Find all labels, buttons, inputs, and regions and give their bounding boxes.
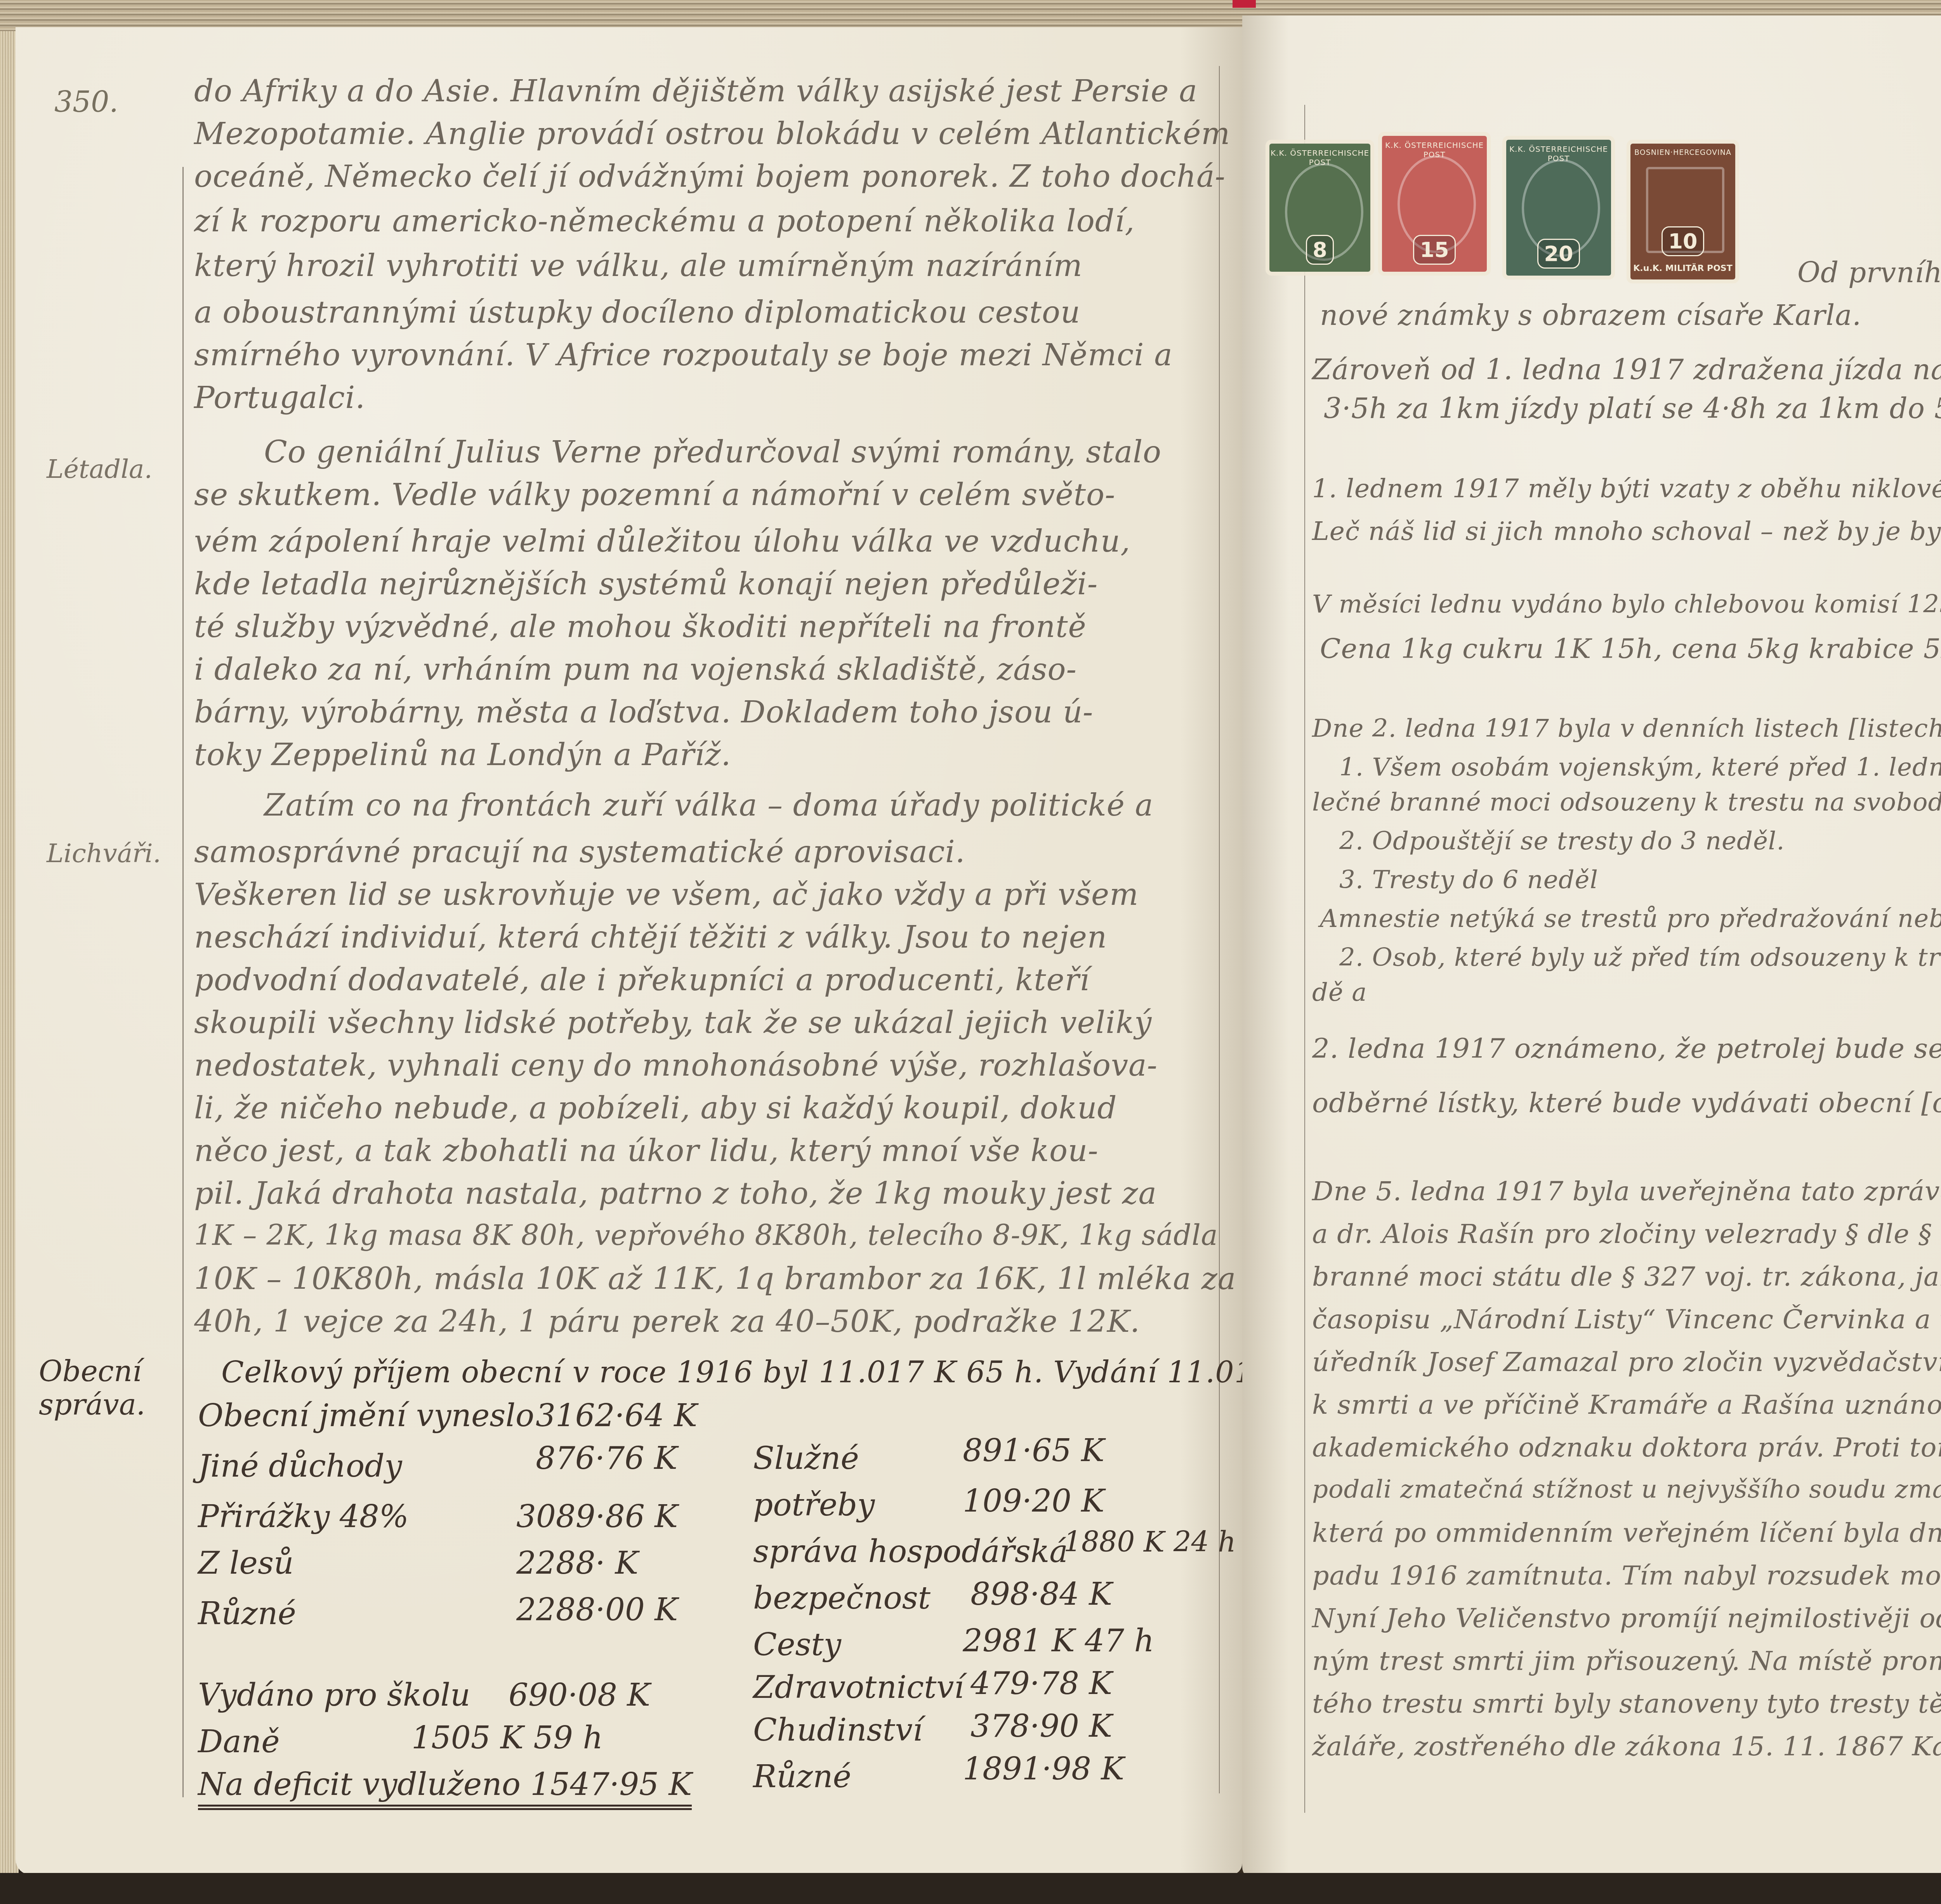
text-line: branné moci státu dle § 327 voj. tr. zák… — [1312, 1262, 1941, 1292]
income-label: Různé — [198, 1595, 296, 1632]
stamp-value: 10 — [1661, 226, 1704, 256]
outer-rule-left — [1219, 66, 1220, 1793]
text-line: neschází individuí, která chtějí těžiti … — [194, 920, 1107, 955]
expense-label: Různé — [753, 1758, 851, 1795]
stamp-20-heller: K.K. ÖSTERREICHISCHE POST 20 — [1506, 140, 1611, 276]
text-line: Dne 2. ledna 1917 byla v denních listech… — [1312, 714, 1941, 743]
text-line: k smrti a ve příčině Kramáře a Rašína uz… — [1312, 1390, 1941, 1420]
stamp-value: 15 — [1413, 235, 1455, 265]
text-line: a oboustrannými ústupky docíleno diploma… — [194, 295, 1080, 330]
expense-value: 1880 K 24 h — [1064, 1526, 1236, 1558]
accounts-intro: Celkový příjem obecní v roce 1916 byl 11… — [221, 1355, 1360, 1389]
margin-rule-inner-right — [1304, 105, 1305, 1813]
text-line: podali zmatečná stížnost u nejvyššího so… — [1312, 1475, 1941, 1504]
text-line: kde letadla nejrůznějších systémů konají… — [194, 567, 1098, 602]
text-line: Zároveň od 1. ledna 1917 zdražena jízda … — [1312, 353, 1941, 386]
text-line: 2. Odpouštějí se tresty do 3 neděl. — [1339, 827, 1785, 856]
text-line: skoupili všechny lidské potřeby, tak že … — [194, 1005, 1152, 1040]
expense-value: 109·20 K — [963, 1483, 1104, 1519]
text-line: akademického odznaku doktora práv. Proti… — [1312, 1432, 1941, 1463]
expense-value: 1505 K 59 h — [411, 1720, 603, 1756]
expense-value: 690·08 K — [509, 1677, 650, 1713]
text-line: 10K – 10K80h, másla 10K až 11K, 1q bramb… — [194, 1262, 1236, 1297]
text-line: pil. Jaká drahota nastala, patrno z toho… — [194, 1176, 1157, 1211]
text-line: lečné branné moci odsouzeny k trestu na … — [1312, 788, 1941, 817]
text-line: a dr. Alois Rašín pro zločiny velezrady … — [1312, 1219, 1941, 1250]
text-line: li, že ničeho nebude, a pobízeli, aby si… — [194, 1091, 1117, 1126]
text-line: Amnestie netýká se trestů pro předražová… — [1320, 904, 1941, 933]
stamp-value: 20 — [1537, 239, 1580, 269]
income-value: 2288·00 K — [516, 1592, 678, 1628]
stamp-value: 8 — [1306, 235, 1334, 265]
text-line: ným trest smrti jim přisouzený. Na místě… — [1312, 1646, 1941, 1677]
margin-note-lichvari: Lichváři. — [47, 838, 161, 868]
expense-label: Vydáno pro školu — [198, 1677, 470, 1713]
text-line: tého trestu smrti byly stanoveny tyto tr… — [1312, 1689, 1941, 1719]
income-label: Z lesů — [198, 1545, 294, 1581]
expense-label: správa hospodářská — [753, 1533, 1068, 1569]
text-line: toky Zeppelinů na Londýn a Paříž. — [194, 738, 731, 772]
text-line: padu 1916 zamítnuta. Tím nabyl rozsudek … — [1312, 1560, 1941, 1591]
income-value: 3089·86 K — [516, 1498, 678, 1534]
text-line: 2. ledna 1917 oznámeno, že petrolej bude… — [1312, 1033, 1941, 1064]
text-line: úředník Josef Zamazal pro zločin vyzvěda… — [1312, 1347, 1941, 1378]
text-line: Nyní Jeho Veličenstvo promíjí nejmilosti… — [1312, 1603, 1941, 1634]
text-line: 3·5h za 1km jízdy platí se 4·8h za 1km d… — [1324, 392, 1941, 425]
text-line: 1. lednem 1917 měly býti vzaty z oběhu n… — [1312, 474, 1941, 503]
text-line: i daleko za ní, vrháním pum na vojenská … — [194, 652, 1077, 687]
text-line: který hrozil vyhrotiti ve válku, ale umí… — [194, 248, 1083, 283]
income-value: 3162·64 K — [536, 1397, 697, 1434]
text-line: vém zápolení hraje velmi důležitou úlohu… — [194, 524, 1130, 559]
stamp-8-heller: K.K. ÖSTERREICHISCHE POST 8 — [1269, 144, 1370, 272]
text-line: bárny, výrobárny, města a loďstva. Dokla… — [194, 695, 1093, 730]
text-line: něco jest, a tak zbohatli na úkor lidu, … — [194, 1133, 1099, 1168]
text-line: 1K – 2K, 1kg masa 8K 80h, vepřového 8K80… — [194, 1219, 1218, 1251]
income-label: Přirážky 48% — [198, 1498, 409, 1534]
page-number-left: 350. — [54, 85, 118, 119]
text-line: Dne 5. ledna 1917 byla uveřejněna tato z… — [1312, 1176, 1941, 1207]
text-line: té služby výzvědné, ale mohou škoditi ne… — [194, 609, 1087, 644]
text-line: 1. Všem osobám vojenským, které před 1. … — [1339, 753, 1941, 782]
expense-value: 479·78 K — [970, 1665, 1112, 1701]
expense-label: Zdravotnictví — [753, 1669, 964, 1705]
text-line: 3. Tresty do 6 neděl — [1339, 866, 1598, 894]
text-line: Mezopotamie. Anglie provádí ostrou bloká… — [194, 116, 1230, 151]
text-line: nové známky s obrazem císaře Karla. — [1320, 299, 1861, 332]
expense-label: potřeby — [753, 1487, 875, 1523]
text-line: 40h, 1 vejce za 24h, 1 páru perek za 40–… — [194, 1304, 1140, 1339]
text-line: 2. Osob, které byly už před tím odsouzen… — [1339, 943, 1941, 972]
deficit-total: Na deficit vydluženo 1547·95 K — [198, 1766, 692, 1810]
stamp-header: K.K. ÖSTERREICHISCHE POST — [1269, 148, 1370, 167]
background-table — [0, 1873, 1941, 1904]
income-value: 2288· K — [516, 1545, 638, 1581]
expense-label: Služné — [753, 1440, 859, 1476]
text-line: Od prvního ledna 1917 byly zavedeny — [1797, 256, 1941, 289]
text-line: odběrné lístky, které bude vydávati obec… — [1312, 1087, 1941, 1119]
stamp-header: K.K. ÖSTERREICHISCHE POST — [1382, 141, 1487, 159]
expense-label: Cesty — [753, 1626, 841, 1663]
text-line: Veškeren lid se uskrovňuje ve všem, ač j… — [194, 877, 1139, 912]
margin-note-obecni-sprava: Obecní správa. — [39, 1355, 155, 1421]
ribbon-bookmark — [1233, 0, 1256, 8]
text-line: Cena 1kg cukru 1K 15h, cena 5kg krabice … — [1320, 633, 1941, 665]
text-line: smírného vyrovnání. V Africe rozpoutaly … — [194, 338, 1173, 373]
text-line: V měsíci lednu vydáno bylo chlebovou kom… — [1312, 590, 1941, 619]
text-line: žaláře, zostřeného dle zákona 15. 11. 18… — [1312, 1731, 1941, 1762]
text-line: Co geniální Julius Verne předurčoval svý… — [264, 435, 1161, 470]
income-label: Obecní jmění vyneslo — [198, 1397, 534, 1434]
text-line: Leč náš lid si jich mnoho schoval – než … — [1312, 516, 1941, 546]
text-line: do Afriky a do Asie. Hlavním dějištěm vá… — [194, 74, 1198, 109]
left-page: 350. Létadla. Lichváři. Obecní správa. d… — [16, 27, 1242, 1875]
expense-value: 891·65 K — [963, 1432, 1104, 1468]
text-line: samosprávné pracují na systematické apro… — [194, 835, 965, 870]
expense-label: bezpečnost — [753, 1580, 931, 1616]
expense-value: 1891·98 K — [963, 1751, 1124, 1787]
text-line: dě a — [1312, 978, 1367, 1007]
income-label: Jiné důchody — [198, 1448, 402, 1484]
expense-value: 898·84 K — [970, 1576, 1112, 1612]
text-line: oceáně, Německo čelí jí odvážnými bojem … — [194, 159, 1226, 194]
right-page: 351. 1917. K.K. ÖSTERREICHISCHE POST 8 K… — [1242, 16, 1941, 1879]
margin-note-letadla: Létadla. — [47, 454, 152, 484]
text-line: nedostatek, vyhnali ceny do mnohonásobné… — [194, 1048, 1158, 1083]
expense-value: 378·90 K — [970, 1708, 1112, 1744]
stamp-military-post: K.u.K. MILITÄR POST — [1630, 264, 1735, 273]
stamp-15-heller: K.K. ÖSTERREICHISCHE POST 15 — [1382, 136, 1487, 272]
text-line: podvodní dodavatelé, ale i překupníci a … — [194, 963, 1090, 998]
text-line: která po ommidenním veřejném líčení byla… — [1312, 1518, 1941, 1548]
stamp-header: BOSNIEN·HERCEGOVINA — [1630, 148, 1735, 157]
margin-rule-left — [182, 167, 184, 1797]
stamp-header: K.K. ÖSTERREICHISCHE POST — [1506, 144, 1611, 163]
expense-value: 2981 K 47 h — [963, 1623, 1154, 1659]
text-line: zí k rozporu americko-německému a potope… — [194, 204, 1135, 239]
expense-label: Daně — [198, 1723, 280, 1760]
income-value: 876·76 K — [536, 1440, 677, 1476]
stamp-bosnia-10: BOSNIEN·HERCEGOVINA K.u.K. MILITÄR POST … — [1630, 144, 1735, 279]
text-line: Zatím co na frontách zuří válka – doma ú… — [264, 788, 1153, 823]
expense-label: Chudinství — [753, 1712, 923, 1748]
text-line: časopisu „Národní Listy“ Vincenc Červink… — [1312, 1304, 1941, 1335]
text-line: Portugalci. — [194, 380, 365, 415]
text-line: se skutkem. Vedle války pozemní a námořn… — [194, 477, 1115, 512]
